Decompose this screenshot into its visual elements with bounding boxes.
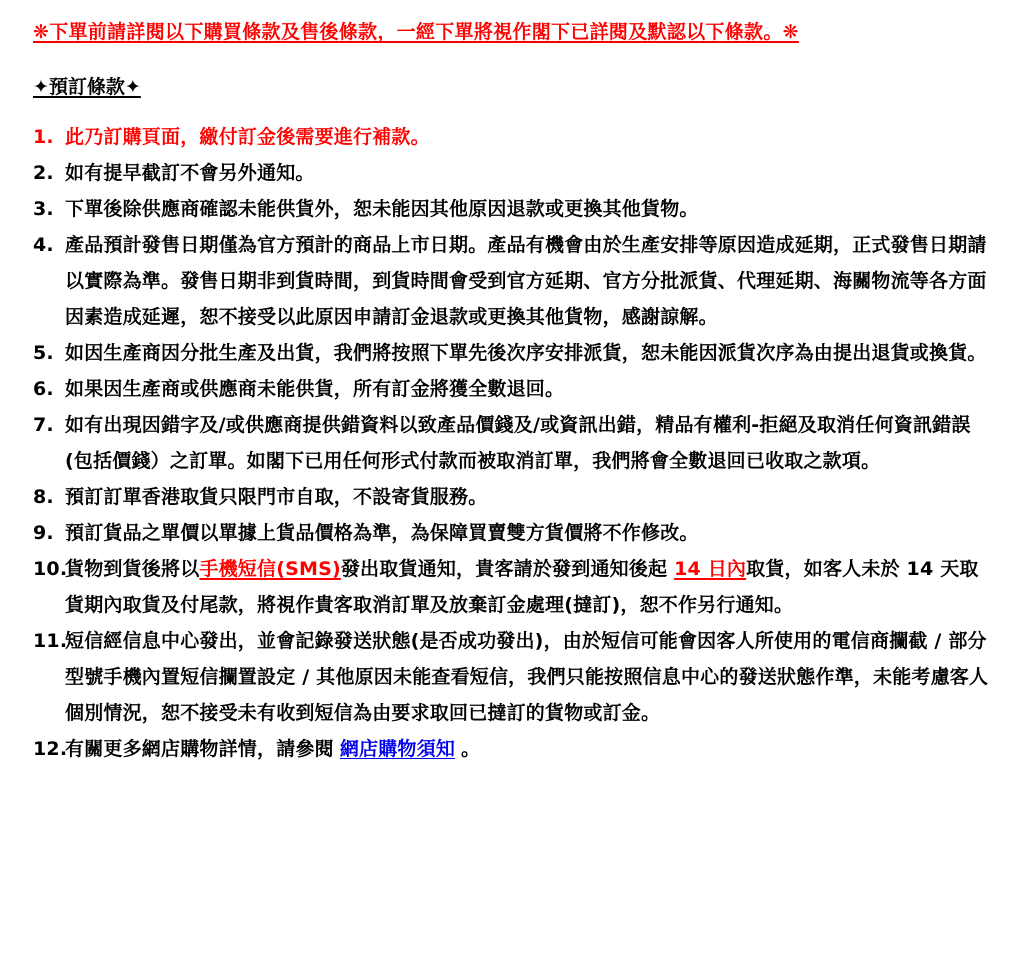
terms-page: ❋下單前請詳閱以下購買條款及售後條款，一經下單將視作閣下已詳閱及默認以下條款。❋… <box>0 0 993 767</box>
term-text-c: 發出取貨通知，貴客請於發到通知後起 <box>341 558 674 580</box>
term-number: 2. <box>33 155 65 191</box>
term-item-9: 9. 預訂貨品之單價以單據上貨品價格為準，為保障買賣雙方貨價將不作修改。 <box>33 515 993 551</box>
term-text: 如果因生產商或供應商未能供貨，所有訂金將獲全數退回。 <box>65 378 564 400</box>
term-text: 如有出現因錯字及/或供應商提供錯資料以致產品價錢及/或資訊出錯，精品有權利-拒絕… <box>65 414 971 472</box>
term-text: 如有提早截訂不會另外通知。 <box>65 162 315 184</box>
term-number: 12. <box>33 731 65 767</box>
term-item-11: 11. 短信經信息中心發出，並會記錄發送狀態(是否成功發出)，由於短信可能會因客… <box>33 623 993 731</box>
term-item-5: 5. 如因生產商因分批生產及出貨，我們將按照下單先後次序安排派貨，恕未能因派貨次… <box>33 335 993 371</box>
term-number: 3. <box>33 191 65 227</box>
term-number: 1. <box>33 119 65 155</box>
term-item-8: 8. 預訂訂單香港取貨只限門市自取，不設寄貨服務。 <box>33 479 993 515</box>
term-text: 下單後除供應商確認未能供貨外，恕未能因其他原因退款或更換其他貨物。 <box>65 198 699 220</box>
term-text: 預訂貨品之單價以單據上貨品價格為準，為保障買賣雙方貨價將不作修改。 <box>65 522 699 544</box>
term-number: 10. <box>33 551 65 587</box>
term-number: 5. <box>33 335 65 371</box>
term-text: 如因生產商因分批生產及出貨，我們將按照下單先後次序安排派貨，恕未能因派貨次序為由… <box>65 342 987 364</box>
term-item-10: 10. 貨物到貨後將以手機短信(SMS)發出取貨通知，貴客請於發到通知後起 14… <box>33 551 993 623</box>
term-item-4: 4. 產品預計發售日期僅為官方預計的商品上市日期。產品有機會由於生產安排等原因造… <box>33 227 993 335</box>
term-item-2: 2. 如有提早截訂不會另外通知。 <box>33 155 993 191</box>
term-item-6: 6. 如果因生產商或供應商未能供貨，所有訂金將獲全數退回。 <box>33 371 993 407</box>
term-text-b: 。 <box>461 738 480 760</box>
terms-list: 1. 此乃訂購頁面，繳付訂金後需要進行補款。 2. 如有提早截訂不會另外通知。 … <box>33 119 993 767</box>
term-item-12: 12. 有關更多網店購物詳情，請參閱網店購物須知。 <box>33 731 993 767</box>
section-title: ✦預訂條款✦ <box>33 72 993 102</box>
term-text: 產品預計發售日期僅為官方預計的商品上市日期。產品有機會由於生產安排等原因造成延期… <box>65 234 987 328</box>
sms-highlight: 手機短信(SMS) <box>199 558 340 580</box>
term-number: 11. <box>33 623 65 659</box>
term-text: 此乃訂購頁面，繳付訂金後需要進行補款。 <box>65 126 430 148</box>
term-text-a: 有關更多網店購物詳情，請參閱 <box>65 738 334 760</box>
term-number: 9. <box>33 515 65 551</box>
term-item-3: 3. 下單後除供應商確認未能供貨外，恕未能因其他原因退款或更換其他貨物。 <box>33 191 993 227</box>
term-text: 短信經信息中心發出，並會記錄發送狀態(是否成功發出)，由於短信可能會因客人所使用… <box>65 630 988 724</box>
preorder-terms-heading: ✦預訂條款✦ <box>33 76 141 98</box>
pre-order-notice: ❋下單前請詳閱以下購買條款及售後條款，一經下單將視作閣下已詳閱及默認以下條款。❋ <box>33 17 993 47</box>
fourteen-days-highlight: 14 日內 <box>674 558 746 580</box>
term-number: 4. <box>33 227 65 263</box>
shopping-guide-link[interactable]: 網店購物須知 <box>340 738 455 760</box>
term-number: 8. <box>33 479 65 515</box>
term-item-1: 1. 此乃訂購頁面，繳付訂金後需要進行補款。 <box>33 119 993 155</box>
term-text: 預訂訂單香港取貨只限門市自取，不設寄貨服務。 <box>65 486 487 508</box>
term-number: 6. <box>33 371 65 407</box>
term-text-a: 貨物到貨後將以 <box>65 558 199 580</box>
term-item-7: 7. 如有出現因錯字及/或供應商提供錯資料以致產品價錢及/或資訊出錯，精品有權利… <box>33 407 993 479</box>
term-number: 7. <box>33 407 65 443</box>
